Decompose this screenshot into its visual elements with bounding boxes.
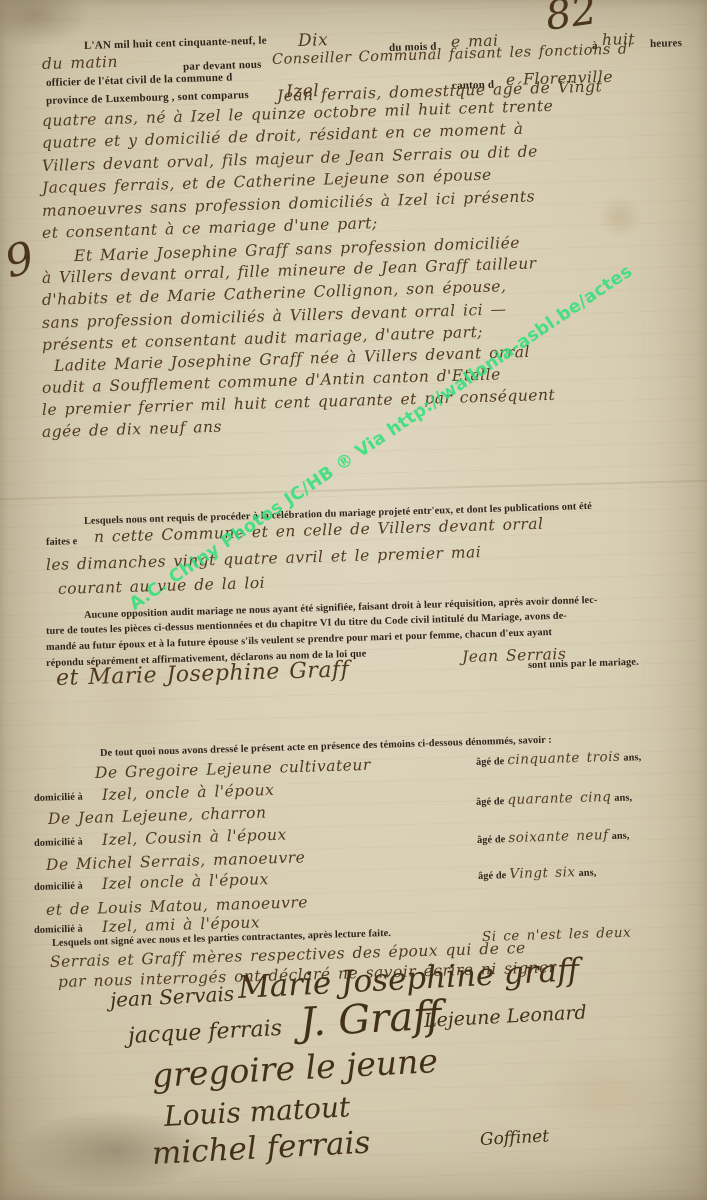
- age-label: âgé de: [476, 796, 505, 808]
- printed-domicile-label: domicilié à: [34, 924, 83, 936]
- printed-union: sont unis par le mariage.: [528, 657, 639, 671]
- margin-act-number: 9: [0, 232, 39, 288]
- hand-publications-4: courant au vue de la loi: [58, 574, 266, 598]
- paper-stain: [540, 1050, 670, 1140]
- signature-lejeune-leonard: Lejeune Leonard: [423, 1001, 587, 1031]
- age-label: âgé de: [476, 756, 505, 768]
- age-suffix: ans,: [614, 792, 632, 804]
- age-suffix: ans,: [623, 752, 641, 764]
- hand-witness-domicile: Izel oncle à l'époux: [102, 870, 269, 893]
- printed-hours: heures: [650, 37, 683, 50]
- signature-gregoire-lejeune: gregoire le jeune: [151, 1041, 439, 1095]
- hand-day: Dix: [298, 30, 329, 51]
- hand-witness-age: soixante neuf: [508, 827, 609, 846]
- signature-jacque-ferrais: jacque ferrais: [127, 1016, 282, 1049]
- age-suffix: ans,: [611, 830, 629, 842]
- hand-witness-age: Vingt six: [509, 864, 576, 882]
- corner-shadow: [0, 0, 90, 45]
- hand-witness-age: quarante cinq: [507, 789, 611, 808]
- age-label: âgé de: [478, 870, 507, 882]
- age-suffix: ans,: [578, 867, 596, 879]
- hand-witness-name: De Gregoire Lejeune cultivateur: [95, 756, 371, 782]
- marriage-act-scan: 82 9 L'AN mil huit cent cinquante-neuf, …: [0, 0, 707, 1200]
- printed-officer-commune: officier de l'état civil de la commune d: [46, 71, 233, 89]
- witness-age-row: âgé decinquante troisans,: [476, 747, 642, 770]
- hand-witness-name: De Jean Lejeune, charron: [48, 804, 267, 828]
- signature-j-graff: J. Graff: [299, 993, 443, 1046]
- printed-domicile-label: domicilié à: [34, 792, 83, 804]
- signature-goffinet: Goffinet: [479, 1126, 549, 1150]
- hand-witness-age: cinquante trois: [507, 749, 621, 768]
- hand-witness-domicile: Izel, Cousin à l'époux: [102, 826, 287, 849]
- printed-domicile-label: domicilié à: [34, 881, 83, 893]
- printed-year-line: L'AN mil huit cent cinquante-neuf, le: [84, 35, 267, 52]
- hand-publications-3: les dimanches vingt quatre avril et le p…: [46, 543, 482, 574]
- witness-age-row: âgé desoixante neufans,: [477, 825, 630, 848]
- witness-age-row: âgé deVingt sixans,: [478, 862, 597, 884]
- paper-stain: [598, 195, 642, 239]
- witness-age-row: âgé dequarante cinqans,: [476, 787, 633, 810]
- paper-fold-line: [0, 480, 707, 501]
- signature-jean-servais: jean Servais: [109, 982, 234, 1012]
- act-number: 82: [543, 0, 600, 40]
- age-label: âgé de: [477, 834, 506, 846]
- hand-bride-line: agée de dix neuf ans: [42, 418, 222, 441]
- printed-domicile-label: domicilié à: [34, 837, 83, 849]
- hand-daypart: du matin: [42, 53, 118, 73]
- printed-province: province de Luxembourg , sont comparus: [46, 89, 249, 107]
- hand-witness-domicile: Izel, oncle à l'époux: [102, 781, 275, 804]
- printed-publications-2: faites e: [46, 536, 78, 548]
